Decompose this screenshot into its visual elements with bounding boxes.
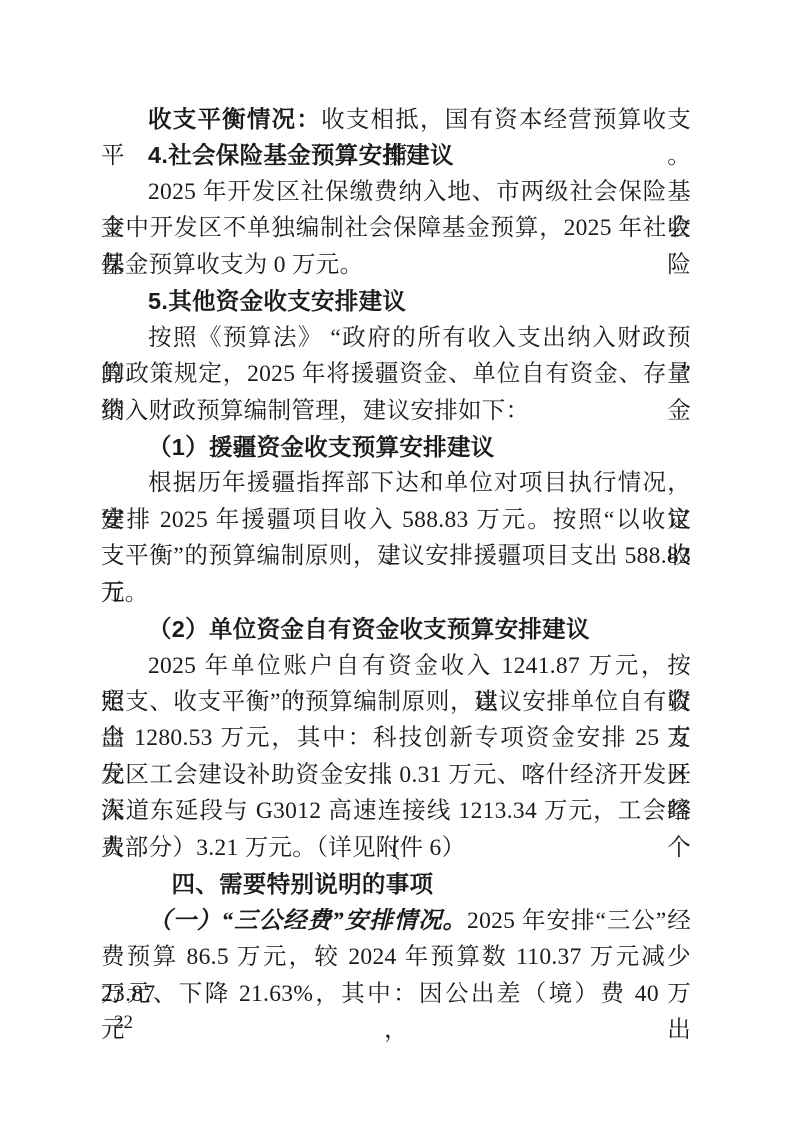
text-line: 2025 年开发区社保缴费纳入地、市两级社会保险基金收: [101, 174, 691, 210]
text-line: 安排 2025 年援疆项目收入 588.83 万元。按照“以收定支、收: [101, 502, 691, 538]
text-segment: 基金预算收支为 0 万元。: [101, 252, 363, 278]
heading-segment: （一）“三公经费”安排情况。: [148, 908, 467, 934]
text-segment: 纳入财政预算编制管理，建议安排如下：: [101, 398, 529, 424]
text-line: （一）“三公经费”安排情况。2025 年安排“三公”经: [101, 903, 691, 939]
text-line: （1）援疆资金收支预算安排建议: [101, 429, 691, 465]
text-line: 四、需要特别说明的事项: [101, 866, 691, 902]
text-line: 万元、下降 21.63%，其中：因公出差（境）费 40 万元，出: [101, 976, 691, 1012]
text-line: 出 1280.53 万元，其中：科技创新专项资金安排 25 万元、开: [101, 720, 691, 756]
document-page: 收支平衡情况：收支相抵，国有资本经营预算收支平衡。4.社会保险基金预算安排建议2…: [0, 0, 793, 1122]
text-segment: 元。: [101, 580, 149, 606]
text-line: 按照《预算法》 “政府的所有收入支出纳入财政预算”: [101, 320, 691, 356]
heading-segment: 5.其他资金收支安排建议: [148, 288, 406, 314]
text-segment: 2025 年安排“三公”经: [467, 908, 691, 934]
text-line: 根据历年援疆指挥部下达和单位对项目执行情况，建议: [101, 465, 691, 501]
heading-segment: （1）援疆资金收支预算安排建议: [148, 434, 495, 460]
text-line: 支平衡”的预算编制原则，建议安排援疆项目支出 588.83 万: [101, 538, 691, 574]
text-line: 费预算 86.5 万元，较 2024 年预算数 110.37 万元减少 23.8…: [101, 939, 691, 975]
text-segment: 人部分）3.21 万元。（详见附件 6）: [101, 835, 465, 861]
text-segment: 万元、下降 21.63%，其中：因公出差（境）费 40 万元，出: [101, 981, 691, 1043]
text-line: 收支平衡情况：收支相抵，国有资本经营预算收支平衡。: [101, 101, 691, 137]
text-line: 定支、收支平衡”的预算编制原则，建议安排单位自有资金支: [101, 684, 691, 720]
page-number: 22: [114, 1010, 133, 1036]
heading-segment: 4.社会保险基金预算安排建议: [148, 142, 454, 168]
text-line: 大道东延段与 G3012 高速连接线 1213.34 万元，工会经费(个: [101, 793, 691, 829]
text-line: 支中开发区不单独编制社会保障基金预算，2025 年社会保险: [101, 210, 691, 246]
text-line: （2）单位资金自有资金收支预算安排建议: [101, 611, 691, 647]
text-line: 发区工会建设补助资金安排 0.31 万元、喀什经济开发区深喀: [101, 757, 691, 793]
heading-segment: （2）单位资金自有资金收支预算安排建议: [148, 616, 590, 642]
text-line: 2025 年单位账户自有资金收入 1241.87 万元，按照“以收: [101, 648, 691, 684]
text-line: 元。: [101, 575, 691, 611]
heading-segment: 收支平衡情况：: [148, 106, 321, 132]
heading-segment: 四、需要特别说明的事项: [172, 871, 434, 897]
text-line: 5.其他资金收支安排建议: [101, 283, 691, 319]
text-line: 的政策规定，2025 年将援疆资金、单位自有资金、存量资金: [101, 356, 691, 392]
document-body: 收支平衡情况：收支相抵，国有资本经营预算收支平衡。4.社会保险基金预算安排建议2…: [101, 101, 691, 1012]
